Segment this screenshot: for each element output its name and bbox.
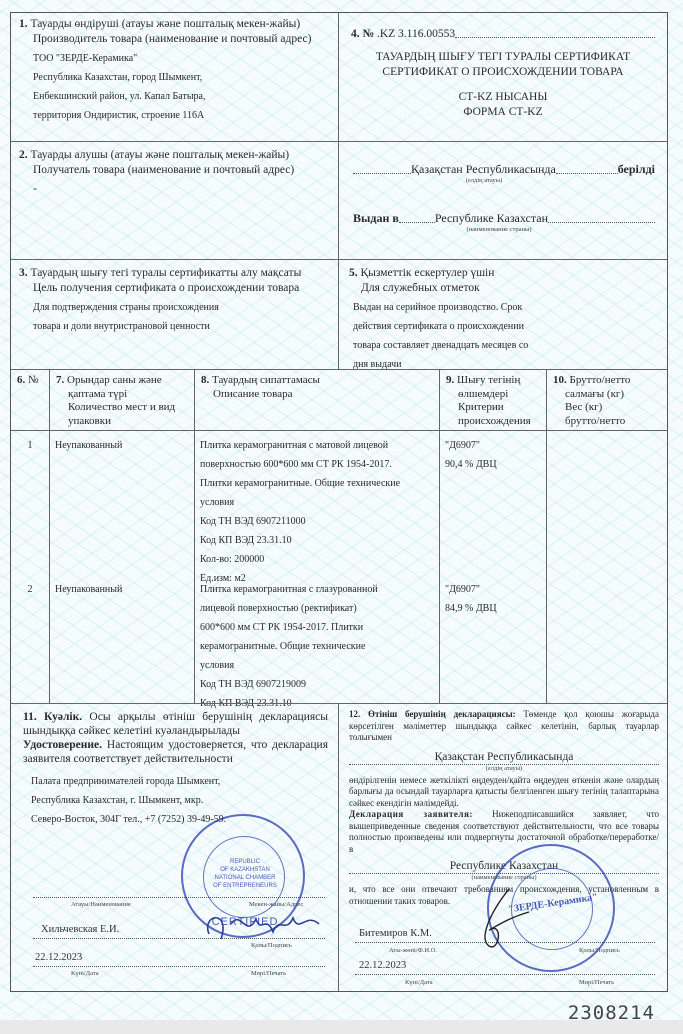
- table-cell: Плитка керамогранитная с матовой лицевой…: [194, 436, 439, 588]
- stamp-center-line: NATIONAL CHAMBER: [207, 874, 283, 882]
- issued-suffix-kz: берілді: [618, 162, 655, 177]
- label-kz: Тауарды өндіруші (атауы және пошталық ме…: [31, 18, 301, 30]
- box-number: 3.: [19, 267, 28, 279]
- table-header-cell: 6. №: [11, 370, 49, 430]
- label-ru: Цель получения сертификата о происхожден…: [19, 281, 330, 296]
- producer-line: Республика Казахстан, город Шымкент,: [33, 68, 330, 87]
- box12-title-kz: 12. Өтініш берушінің декларациясы:: [349, 709, 516, 719]
- producer-line: территория Ондиристик, строение 116А: [33, 106, 330, 125]
- box-number: 5.: [349, 267, 358, 279]
- name-label: Атауы/Наименование: [71, 901, 131, 908]
- seal-label: Мөрі/Печать: [251, 970, 286, 977]
- box-4-certificate: 4. № .KZ 3.116.00553 ТАУАРДЫҢ ШЫҒУ ТЕГІ …: [338, 13, 667, 141]
- caption-ru: (наименование страны): [343, 226, 655, 234]
- box12-text-kz2: өндірілгенін немесе жеткілікті өңдеуден/…: [349, 775, 659, 810]
- table-cell: "Д6907"84,9 % ДВЦ: [439, 580, 546, 618]
- table-cell: "Д6907"90,4 % ДВЦ: [439, 436, 546, 474]
- title-kz: ТАУАРДЫҢ ШЫҒУ ТЕГІ ТУРАЛЫ СЕРТИФИКАТ: [351, 50, 655, 65]
- box-1-producer: 1. Тауарды өндіруші (атауы және пошталық…: [11, 13, 338, 141]
- stamp-center-line: OF ENTREPRENEURS: [207, 882, 283, 890]
- notes-line: действия сертификата о происхождении: [353, 317, 657, 336]
- certificate-page: 1. Тауарды өндіруші (атауы және пошталық…: [0, 0, 683, 1020]
- box11-title-ru: Удостоверение.: [23, 739, 102, 751]
- notes-text: Выдан на серийное производство. Срокдейс…: [349, 298, 657, 374]
- table-body: 1НеупакованныйПлитка керамогранитная с м…: [11, 430, 667, 704]
- box-3-purpose: 3. Тауардың шығу тегі туралы сертификатт…: [11, 259, 338, 369]
- stamp-center-line: OF KAZAKHSTAN: [207, 866, 283, 874]
- caption-kz: (елдің атауы): [313, 177, 655, 185]
- box-number: 1.: [19, 18, 28, 30]
- table-header-cell: 9. Шығу тегініңөлшемдеріКритериипроисхож…: [439, 370, 546, 430]
- form-ru: ФОРМА СТ-KZ: [351, 105, 655, 120]
- table-column-divider: [49, 430, 50, 704]
- box-5-official-notes: 5. Қызметтік ескертулер үшін Для служебн…: [338, 259, 667, 369]
- label-kz: Тауарды алушы (атауы және пошталық мекен…: [31, 149, 290, 161]
- purpose-text: Для подтверждения страны происхождениято…: [19, 298, 330, 336]
- label-kz: Қызметтік ескертулер үшін: [361, 267, 495, 279]
- label-ru: Производитель товара (наименование и поч…: [19, 32, 330, 47]
- issued-prefix-ru: Выдан в: [353, 211, 399, 226]
- chamber-address: Палата предпринимателей города Шымкент,Р…: [23, 772, 328, 829]
- declarant-name: Битемиров К.М.: [359, 928, 432, 940]
- box-2-recipient: 2. Тауарды алушы (атауы және пошталық ме…: [11, 141, 338, 259]
- certification-date: 22.12.2023: [35, 952, 82, 963]
- issued-country-ru: Республике Казахстан: [435, 211, 548, 226]
- form-kz: СТ-KZ НЫСАНЫ: [351, 90, 655, 105]
- box11-title-kz: 11. Куәлік.: [23, 711, 82, 723]
- box-number: 2.: [19, 149, 28, 161]
- signature-icon: [469, 884, 539, 954]
- bottom-strip: [0, 1020, 683, 1034]
- table-cell: 1: [11, 436, 49, 455]
- chamber-address-line: Палата предпринимателей города Шымкент,: [31, 772, 328, 791]
- notes-line: Выдан на серийное производство. Срок: [353, 298, 657, 317]
- chamber-address-line: Северо-Восток, 304Г тел., +7 (7252) 39-4…: [31, 810, 328, 829]
- table-header: 6. №7. Орындар саны жәнеқаптама түріКоли…: [11, 370, 667, 431]
- table-header-cell: 8. Тауардың сипаттамасыОписание товара: [194, 370, 439, 430]
- box-11-certification: 11. Куәлік. Осы арқылы өтініш берушінің …: [11, 703, 338, 991]
- certifier-name: Хильчевская Е.И.: [41, 924, 119, 935]
- issued-country-kz: Қазақстан Республикасында: [411, 162, 556, 177]
- declaration-date: 22.12.2023: [359, 960, 406, 972]
- chamber-address-line: Республика Казахстан, г. Шымкент, мкр.: [31, 791, 328, 810]
- label-kz: Тауардың шығу тегі туралы сертификатты а…: [31, 267, 302, 279]
- producer-line: ТОО "ЗЕРДЕ-Керамика": [33, 49, 330, 68]
- stamp-center-line: REPUBLIC: [207, 858, 283, 866]
- goods-table: 6. №7. Орындар саны жәнеқаптама түріКоли…: [11, 369, 667, 703]
- title-ru: СЕРТИФИКАТ О ПРОИСХОЖДЕНИИ ТОВАРА: [351, 65, 655, 80]
- purpose-line: товара и доли внутристрановой ценности: [33, 317, 330, 336]
- date-label: Күні/Дата: [405, 977, 433, 989]
- issued-in: Қазақстан Республикасында берілді (елдің…: [338, 141, 667, 259]
- box12-country-kz: Қазақстан Республикасында: [349, 750, 659, 765]
- person-label: Аты-жөні/Ф.И.О.: [389, 945, 437, 957]
- producer-address: ТОО "ЗЕРДЕ-Керамика"Республика Казахстан…: [19, 49, 330, 125]
- notes-line: товара составляет двенадцать месяцев со: [353, 336, 657, 355]
- box-12-declaration: 12. Өтініш берушінің декларациясы: Төмен…: [338, 703, 667, 991]
- table-cell: Неупакованный: [49, 436, 194, 455]
- recipient-value: -: [19, 182, 330, 197]
- producer-line: Енбекшинский район, ул. Капал Батыра,: [33, 87, 330, 106]
- seal-label: Мөрі/Печать: [579, 977, 614, 989]
- table-cell: 2: [11, 580, 49, 599]
- cert-number: .KZ 3.116.00553: [377, 27, 455, 42]
- table-cell: Плитка керамогранитная с глазурованнойли…: [194, 580, 439, 713]
- date-label: Күні/Дата: [71, 970, 99, 977]
- table-header-cell: 10. Брутто/неттосалмағы (кг)Вес (кг)брут…: [546, 370, 667, 430]
- table-column-divider: [546, 430, 547, 704]
- label-ru: Получатель товара (наименование и почтов…: [19, 163, 330, 178]
- signature-icon: [201, 904, 331, 944]
- label-ru: Для служебных отметок: [349, 281, 657, 296]
- box12-caption-kz: (елдің атауы): [349, 765, 659, 773]
- stamp-center-text: REPUBLICOF KAZAKHSTANNATIONAL CHAMBEROF …: [207, 858, 283, 890]
- table-cell: Неупакованный: [49, 580, 194, 599]
- table-header-cell: 7. Орындар саны жәнеқаптама түріКоличест…: [49, 370, 194, 430]
- purpose-line: Для подтверждения страны происхождения: [33, 298, 330, 317]
- box12-title-ru: Декларация заявителя:: [349, 809, 473, 819]
- certificate-form: 1. Тауарды өндіруші (атауы және пошталық…: [10, 12, 668, 992]
- cert-number-label: 4. №: [351, 27, 374, 42]
